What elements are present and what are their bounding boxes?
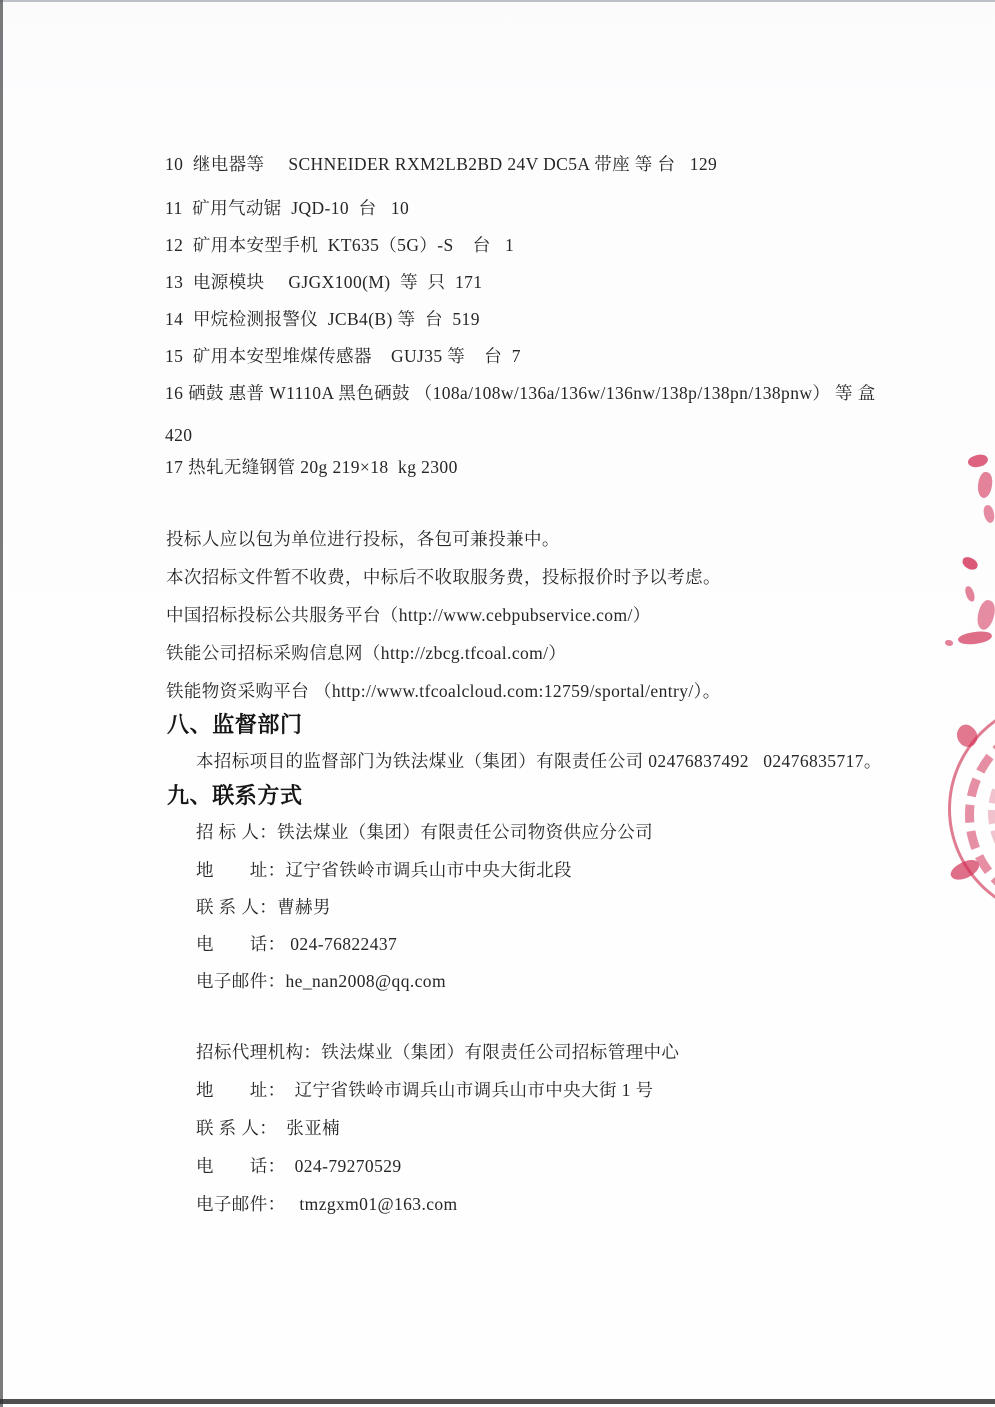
agency-name: 招标代理机构：铁法煤业（集团）有限责任公司招标管理中心 [196, 1040, 679, 1064]
tenderer-email: 电子邮件：he_nan2008@qq.com [196, 969, 446, 993]
tenderer-address: 地 址：辽宁省铁岭市调兵山市中央大街北段 [196, 858, 572, 882]
item-line-11: 11 矿用气动锯 JQD-10 台 10 [165, 196, 409, 220]
scan-edge-bottom [0, 1399, 995, 1404]
agency-email: 电子邮件： tmzgxm01@163.com [196, 1192, 458, 1216]
scan-edge-top [0, 0, 995, 2]
scan-edge-left [0, 0, 3, 1407]
red-ink-mark [957, 629, 993, 647]
red-ink-mark [961, 555, 980, 571]
agency-phone: 电 话： 024-79270529 [196, 1154, 402, 1178]
agency-contact-person: 联 系 人： 张亚楠 [196, 1116, 340, 1140]
item-line-15: 15 矿用本安型堆煤传感器 GUJ35 等 台 7 [165, 344, 521, 368]
note-tfcoalcloud-url: 铁能物资采购平台 （http://www.tfcoalcloud.com:127… [166, 679, 721, 703]
red-ink-mark [975, 471, 994, 499]
agency-address: 地 址： 辽宁省铁岭市调兵山市调兵山市中央大街 1 号 [196, 1078, 653, 1102]
note-cebpubservice-url: 中国招标投标公共服务平台（http://www.cebpubservice.co… [166, 603, 651, 627]
tenderer-phone: 电 话： 024-76822437 [196, 932, 397, 956]
note-bidding-packages: 投标人应以包为单位进行投标，各包可兼投兼中。 [166, 527, 560, 551]
note-tfcoal-url: 铁能公司招标采购信息网（http://zbcg.tfcoal.com/） [166, 641, 566, 665]
item-line-16: 16 硒鼓 惠普 W1110A 黑色硒鼓 （108a/108w/136a/136… [165, 381, 876, 405]
red-ink-mark [974, 598, 995, 631]
item-line-12: 12 矿用本安型手机 KT635（5G）-S 台 1 [165, 233, 514, 257]
red-ink-mark [983, 504, 995, 523]
supervision-body: 本招标项目的监督部门为铁法煤业（集团）有限责任公司 02476837492 02… [196, 749, 882, 773]
item-line-10: 10 继电器等 SCHNEIDER RXM2LB2BD 24V DC5A 带座 … [165, 152, 717, 176]
section-heading-supervision: 八、监督部门 [167, 708, 303, 739]
red-ink-mark [967, 452, 990, 470]
red-ink-mark [964, 585, 976, 603]
item-line-17: 17 热轧无缝钢管 20g 219×18 kg 2300 [165, 455, 458, 479]
item-line-13: 13 电源模块 GJGX100(M) 等 只 171 [165, 270, 482, 294]
item-line-14: 14 甲烷检测报警仪 JCB4(B) 等 台 519 [165, 307, 480, 331]
tenderer-name: 招 标 人：铁法煤业（集团）有限责任公司物资供应分公司 [196, 820, 653, 844]
item-line-16-continuation: 420 [165, 423, 192, 447]
red-ink-mark [945, 640, 953, 646]
section-heading-contact: 九、联系方式 [167, 779, 303, 810]
document-page: 10 继电器等 SCHNEIDER RXM2LB2BD 24V DC5A 带座 … [0, 0, 995, 1407]
note-fees: 本次招标文件暂不收费，中标后不收取服务费，投标报价时予以考虑。 [166, 565, 721, 589]
tenderer-contact-person: 联 系 人：曹赫男 [196, 895, 331, 919]
